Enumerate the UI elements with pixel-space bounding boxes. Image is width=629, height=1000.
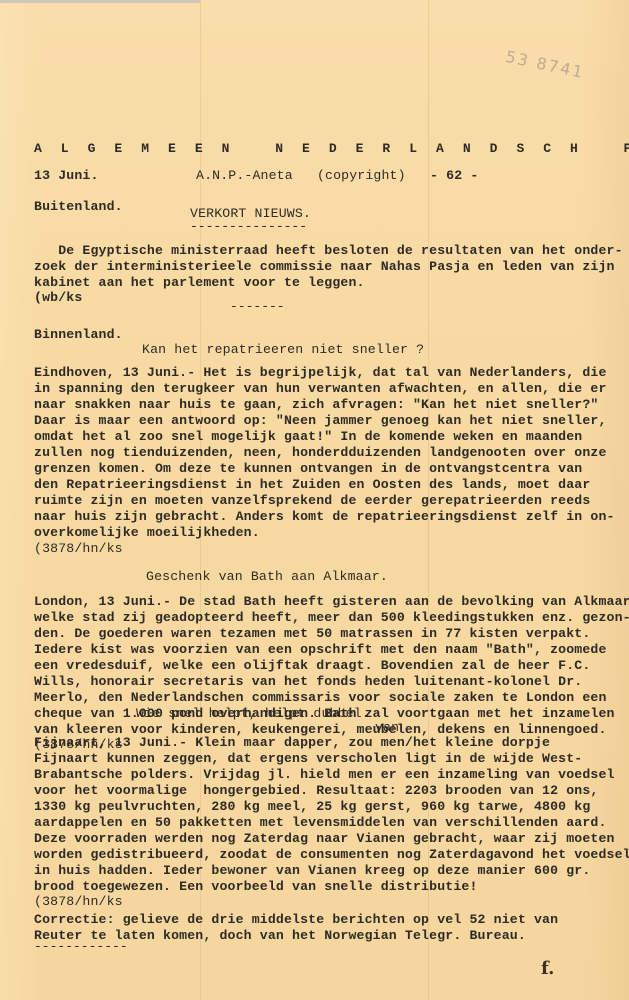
article-line: Eindhoven, 13 Juni.- Het is begrijpelijk… (34, 365, 607, 381)
article-line: brood toegewezen. Een voorbeeld van snel… (34, 879, 478, 895)
article-ref: (3878/hn/ks (34, 894, 123, 910)
article-line: Meerlo, den Nederlandschen commissaris v… (34, 690, 607, 706)
article-line: 1330 kg peulvruchten, 280 kg meel, 25 kg… (34, 799, 590, 815)
agency-line: A.N.P.-Aneta (copyright) (196, 168, 406, 184)
article-line: grenzen komen. Om deze te kunnen ontvang… (34, 461, 582, 477)
article-title: Wie snel helpt, helpt dubbel. (136, 706, 370, 722)
article-line: ruimte zijn en moeten vanzelfsprekend de… (34, 493, 590, 509)
article-line: welke stad zij geadopteerd heeft, meer d… (34, 610, 629, 626)
separator: ------- (230, 300, 285, 314)
article-line: Brabantsche polders. Vrijdag jl. hield m… (34, 767, 615, 783)
article-line: den Repatrieeringsdienst in het Zuiden e… (34, 477, 590, 493)
article-line: zullen nog tienduizenden, neen, honderdd… (34, 445, 607, 461)
article-line: worden gedistribueerd, zoodat de consume… (34, 847, 629, 863)
article-line: Fijnaart, 13 Juni.- Klein maar dapper, z… (34, 735, 550, 751)
handwritten-initial: f. (541, 958, 554, 979)
article-line: kabinet aan het parlement voor te leggen… (34, 275, 365, 291)
article-line: aardappelen en 50 pakketten met levensmi… (34, 815, 607, 831)
section-title-underline: --------------- (190, 220, 307, 234)
article-line: Deze voorraden werden nog Zaterdag naar … (34, 831, 615, 847)
article-line: den. De goederen waren tezamen met 50 ma… (34, 626, 590, 642)
article-line: zoek der interministerieele commissie na… (34, 259, 615, 275)
archive-pencil-mark: 53 8741 (504, 47, 586, 82)
scan-edge (0, 0, 200, 3)
section-foreign: Buitenland. (34, 199, 123, 215)
article-line: omdat het al zoo snel mogelijk gaat!" In… (34, 429, 582, 445)
end-rule: ------------ (34, 940, 128, 954)
article-line: naar snakken naar huis te gaan, zich afv… (34, 397, 598, 413)
article-line: een vredesduif, welke een olijftak draag… (34, 658, 590, 674)
article-line: London, 13 Juni.- De stad Bath heeft gis… (34, 594, 629, 610)
article-title: Kan het repatrieeren niet sneller ? (142, 342, 424, 358)
handwritten-insert: van (375, 720, 399, 736)
page-number: - 62 - (430, 168, 478, 184)
article-line: naar huis zijn gebracht. Anders komt de … (34, 509, 615, 525)
typewritten-page: 53 8741 A L G E M E E N N E D E R L A N … (0, 0, 629, 1000)
correction-line: Correctie: gelieve de drie middelste ber… (34, 912, 558, 928)
article-line: Fijnaart kunnen zeggen, dat ergens versc… (34, 751, 582, 767)
date: 13 Juni. (34, 168, 99, 184)
article-title: Geschenk van Bath aan Alkmaar. (146, 569, 388, 585)
article-line: overkomelijke moeilijkheden. (34, 525, 260, 541)
article-ref: (3878/hn/ks (34, 541, 123, 557)
article-line: in spanning den terugkeer van hun verwan… (34, 381, 607, 397)
article-line: Iedere kist was voorzien van een opschri… (34, 642, 607, 658)
article-line: De Egyptische ministerraad heeft beslote… (34, 243, 623, 259)
article-line: voor het voormalige hongergebied. Result… (34, 783, 598, 799)
article-line: Daar is maar een antwoord op: "Neen jamm… (34, 413, 607, 429)
letterhead: A L G E M E E N N E D E R L A N D S C H … (34, 141, 629, 156)
section-domestic: Binnenland. (34, 327, 123, 343)
article-ref: (wb/ks (34, 290, 82, 306)
article-line: Wills, honorair secretaris van het fonds… (34, 674, 582, 690)
article-line: in huis hadden. Ieder bewoner van Vianen… (34, 863, 590, 879)
